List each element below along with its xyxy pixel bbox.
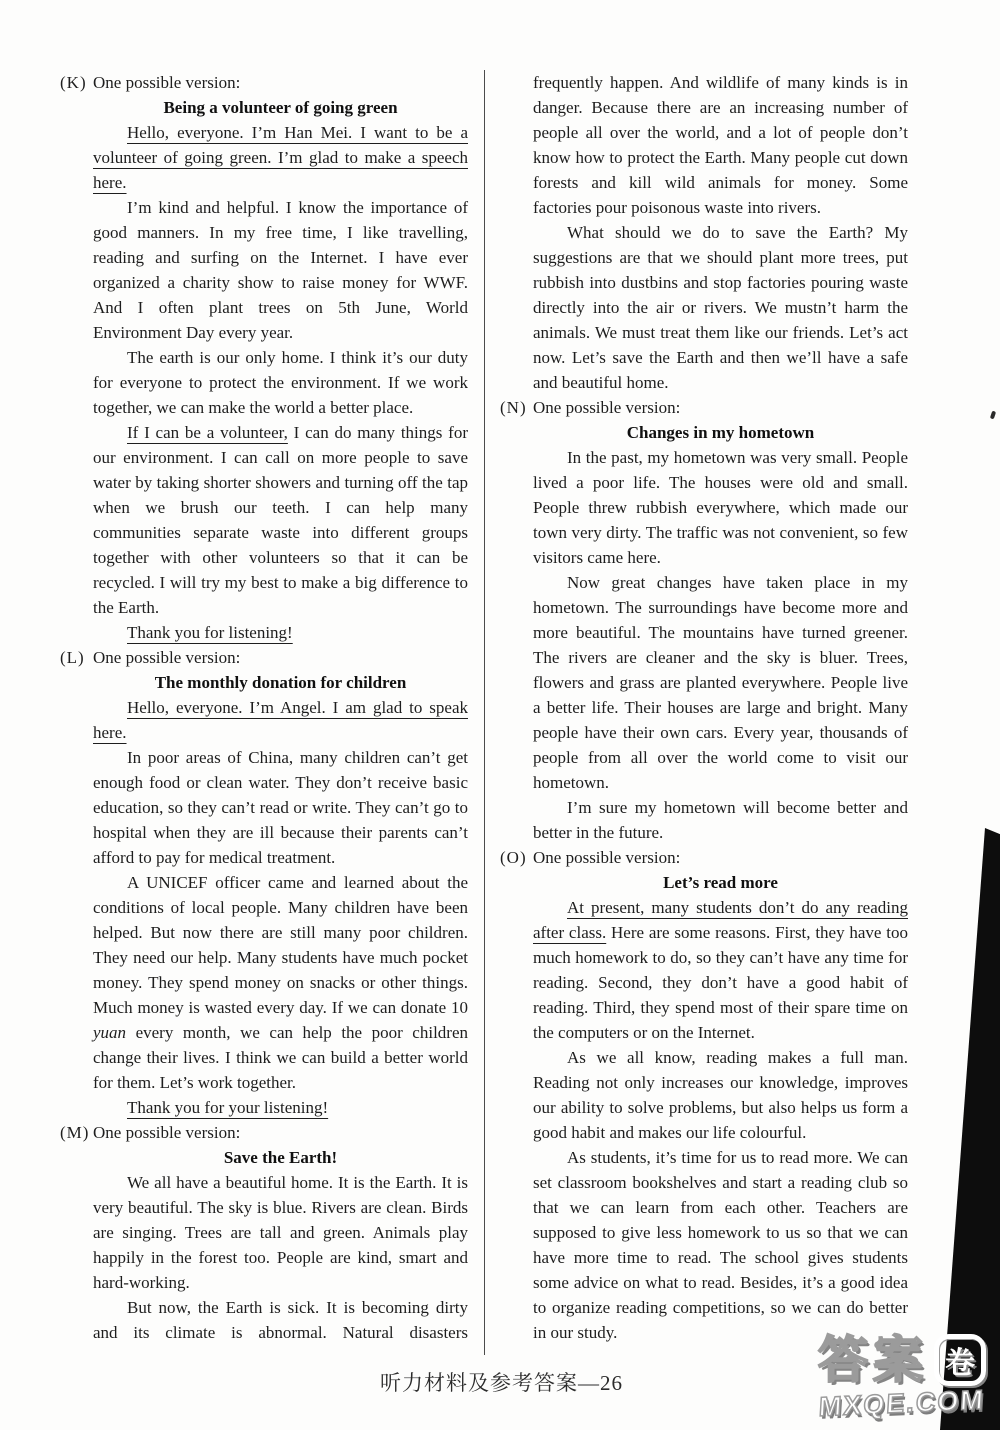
text-run: Now great changes have taken place in my… [533,573,908,792]
paragraph: Thank you for your listening! [93,1095,468,1120]
section-label-M: (M) [60,1120,89,1145]
section-header-K: (K)One possible version: [93,70,468,95]
section-intro: One possible version: [93,73,240,92]
section-header-N: (N)One possible version: [533,395,908,420]
text-run: We all have a beautiful home. It is the … [93,1173,468,1292]
text-run: In poor areas of China, many children ca… [93,748,468,867]
essay-title-L: The monthly donation for children [93,670,468,695]
section-label-L: (L) [60,645,85,670]
paragraph: We all have a beautiful home. It is the … [93,1170,468,1295]
essay-title-M: Save the Earth! [93,1145,468,1170]
section-label-K: (K) [60,70,87,95]
text-run: Hello, everyone. I’m Angel. I am glad to… [93,698,468,742]
paragraph: I’m kind and helpful. I know the importa… [93,195,468,345]
text-run: If I can be a volunteer, [127,423,288,442]
section-label-N: (N) [500,395,527,420]
paragraph: As students, it’s time for us to read mo… [533,1145,908,1345]
text-run: As students, it’s time for us to read mo… [533,1148,908,1342]
watermark-brand-row: 答案 卷 [818,1332,1000,1388]
watermark-brand-text: 答案 [818,1332,928,1388]
paragraph: In poor areas of China, many children ca… [93,745,468,870]
paragraph: As we all know, reading makes a full man… [533,1045,908,1145]
paragraph: In the past, my hometown was very small.… [533,445,908,570]
section-intro: One possible version: [533,398,680,417]
essay-title-K: Being a volunteer of going green [93,95,468,120]
text-run: every month, we can help the poor childr… [93,1023,468,1092]
section-label-O: (O) [500,845,527,870]
scan-speck [990,411,996,420]
text-run: Thank you for your listening! [127,1098,328,1117]
section-header-M: (M)One possible version: [93,1120,468,1145]
paragraph: A UNICEF officer came and learned about … [93,870,468,1095]
text-run: What should we do to save the Earth? My … [533,223,908,392]
text-run: I’m sure my hometown will become better … [533,798,908,842]
page-footer: 听力材料及参考答案—26 [380,1367,623,1397]
text-run: As we all know, reading makes a full man… [533,1048,908,1142]
paragraph: Thank you for listening! [93,620,468,645]
paragraph: Hello, everyone. I’m Angel. I am glad to… [93,695,468,745]
text-run: I can do many things for our environment… [93,423,468,617]
section-intro: One possible version: [93,1123,240,1142]
scanned-document-page: { "document": { "footer": "听力材料及参考答案—26"… [0,0,1000,1430]
paragraph: If I can be a volunteer, I can do many t… [93,420,468,620]
section-header-O: (O)One possible version: [533,845,908,870]
text-run: Thank you for listening! [127,623,293,642]
text-run: yuan [93,1023,126,1042]
section-intro: One possible version: [533,848,680,867]
paragraph: Hello, everyone. I’m Han Mei. I want to … [93,120,468,195]
essay-title-O: Let’s read more [533,870,908,895]
paragraph: What should we do to save the Earth? My … [533,220,908,395]
paragraph: The earth is our only home. I think it’s… [93,345,468,420]
text-run: The earth is our only home. I think it’s… [93,348,468,417]
watermark-domain: MXQE.COM [818,1384,1000,1423]
text-run: In the past, my hometown was very small.… [533,448,908,567]
page: (K)One possible version:Being a voluntee… [0,0,1000,1430]
watermark-badge-icon: 卷 [934,1334,986,1386]
document-flow: (K)One possible version:Being a voluntee… [60,70,908,1355]
section-header-L: (L)One possible version: [93,645,468,670]
text-run: I’m kind and helpful. I know the importa… [93,198,468,342]
paragraph: At present, many students don’t do any r… [533,895,908,1045]
paragraph: I’m sure my hometown will become better … [533,795,908,845]
text-run: A UNICEF officer came and learned about … [93,873,468,1017]
text-run: Hello, everyone. I’m Han Mei. I want to … [93,123,468,192]
section-intro: One possible version: [93,648,240,667]
watermark: 答案 卷 MXQE.COM [818,1332,1000,1423]
essay-title-N: Changes in my hometown [533,420,908,445]
paragraph: Now great changes have taken place in my… [533,570,908,795]
